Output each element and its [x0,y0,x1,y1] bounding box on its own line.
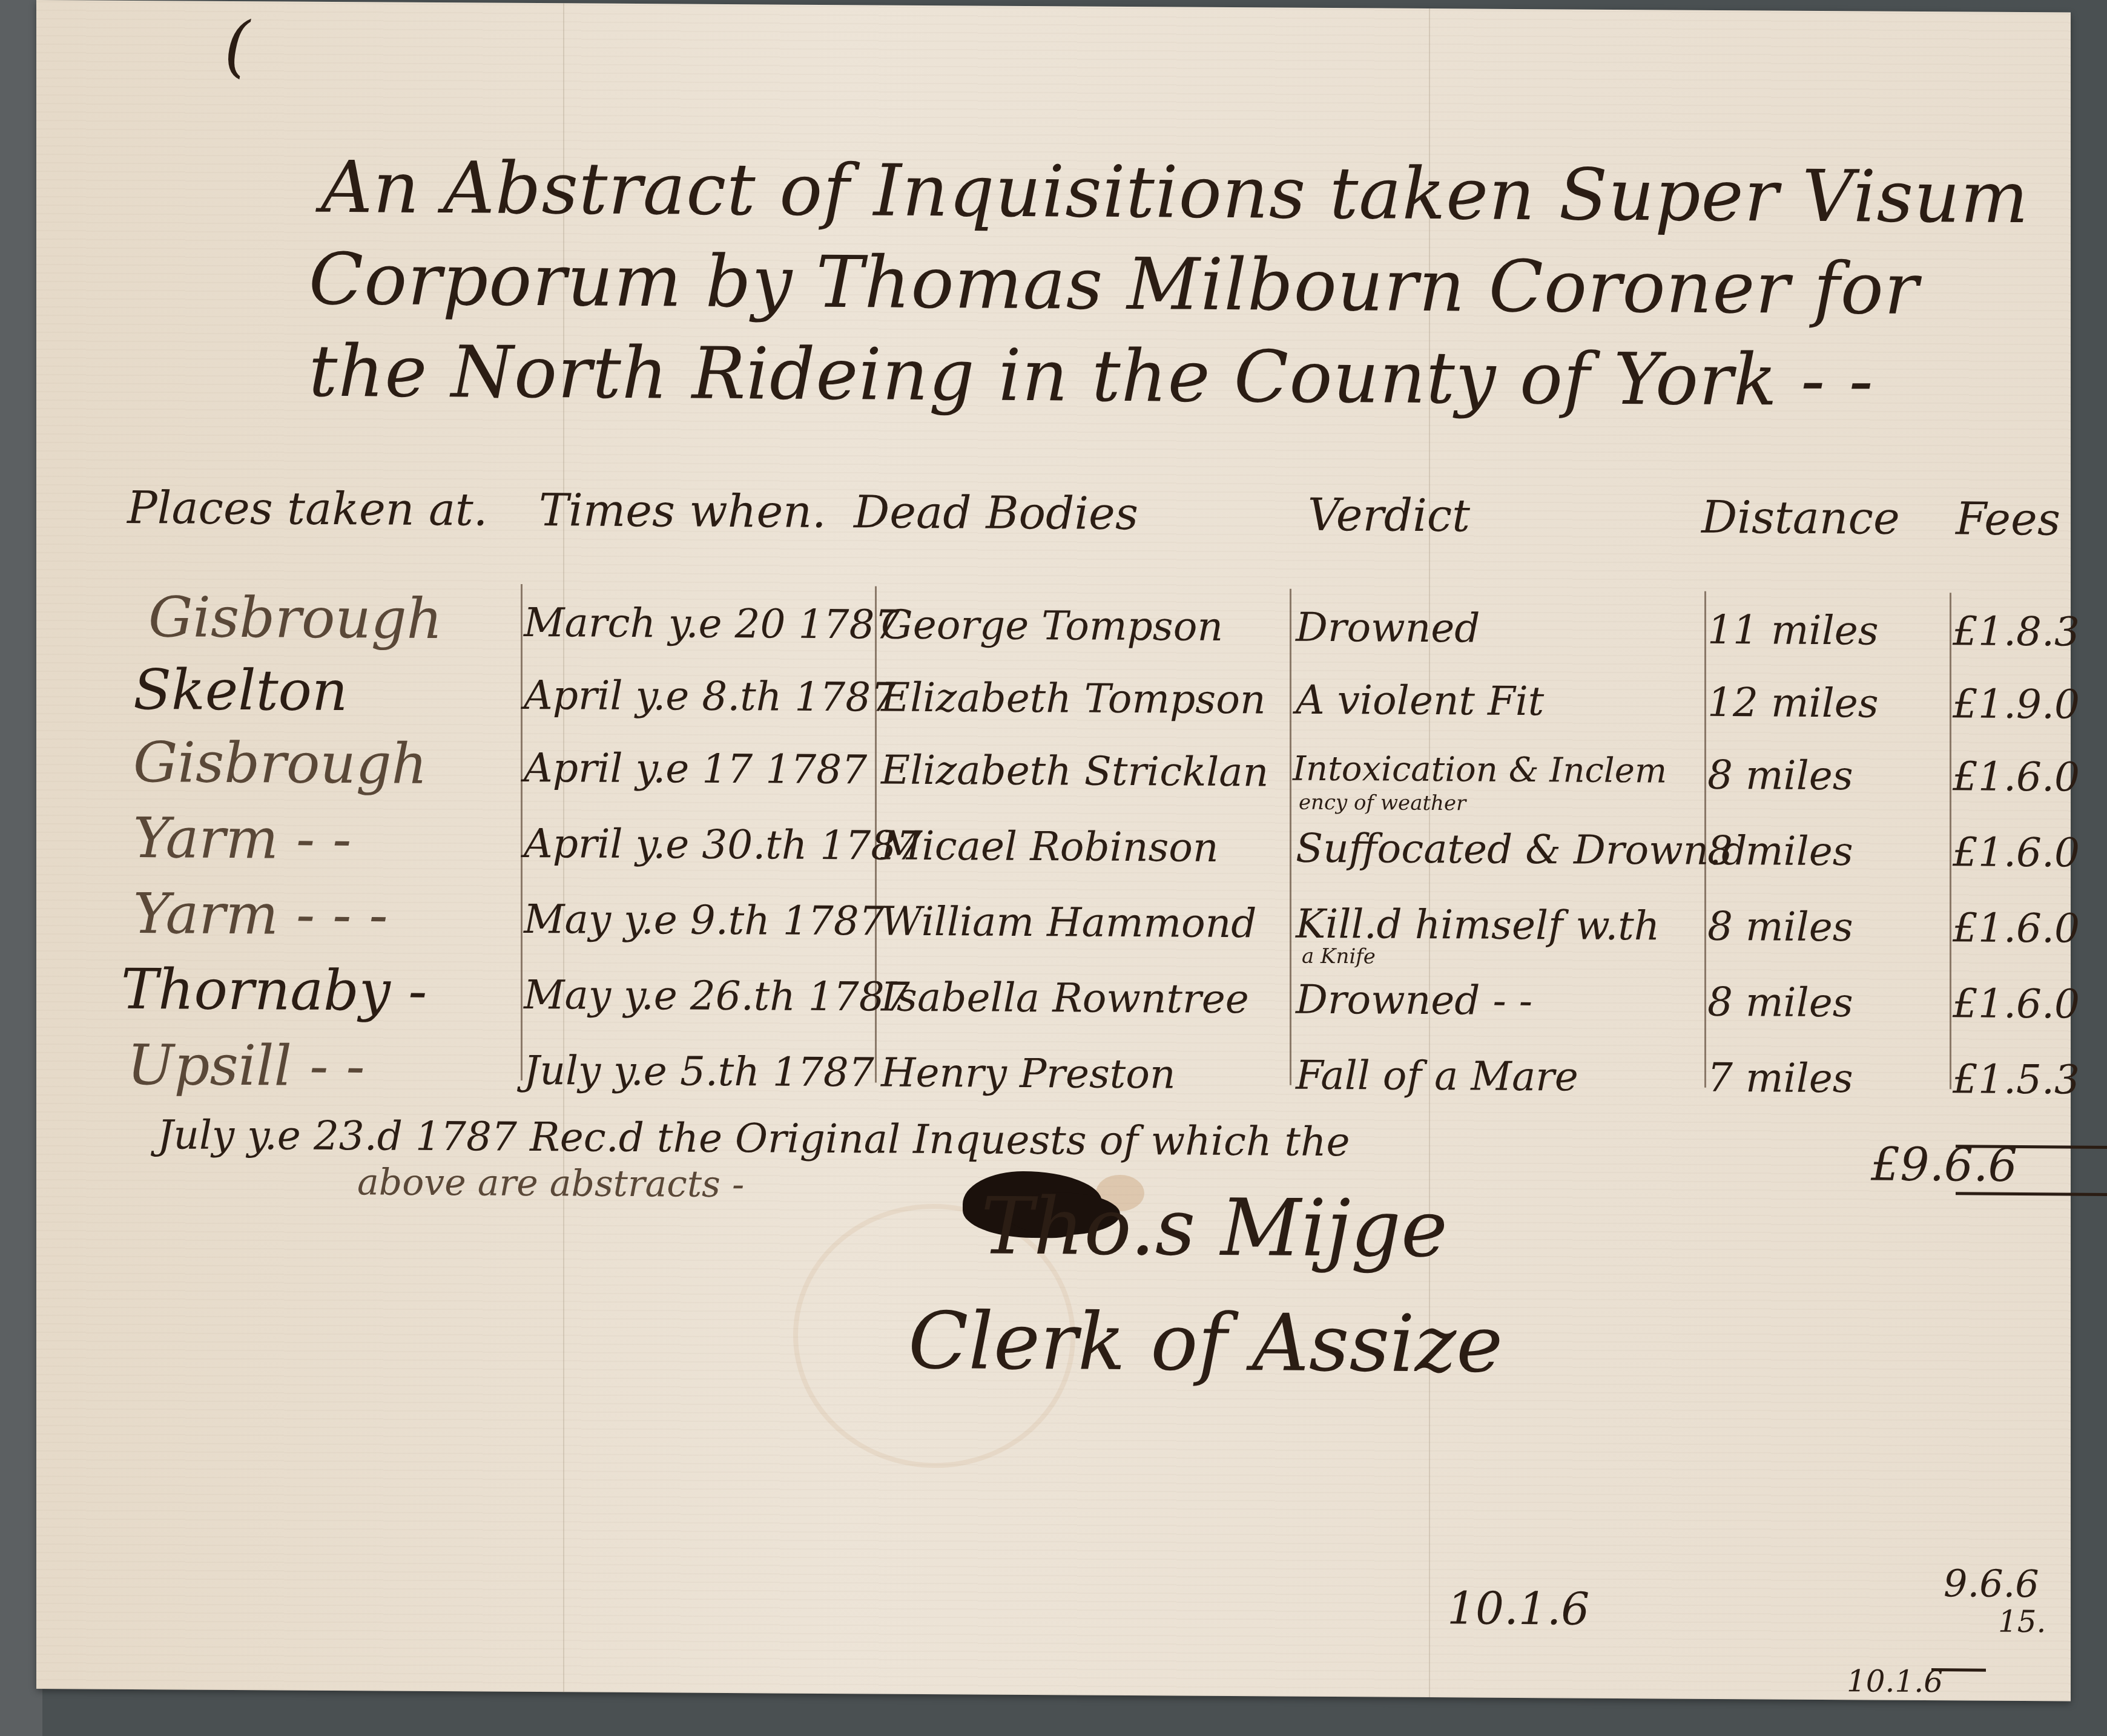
table-row: Yarm - - April y.e 30.th 1787 Micael Rob… [36,805,2107,890]
clerk-signature: Tho.s Mijge [981,1180,1448,1275]
header-verdict: Verdict [1308,489,1470,542]
header-bodies: Dead Bodies [854,486,1138,540]
distance-cell: 8 miles [1707,903,1853,950]
body-cell: Henry Preston [881,1050,1176,1098]
header-places: Places taken at. [127,482,487,536]
receipt-note-line-2: above are abstracts - [357,1161,744,1206]
document-title: An Abstract of Inquisitions taken Super … [321,141,2107,428]
date-cell: April y.e 30.th 1787 [524,820,922,869]
place-cell: Skelton [133,657,348,723]
date-cell: May y.e 26.th 1787 [524,972,910,1021]
fee-cell: £1.9.0 [1953,680,2080,728]
table-row: Thornaby - May y.e 26.th 1787 Isabella R… [36,956,2107,1042]
place-cell: Yarm - - - [133,881,388,948]
body-cell: Isabella Rowntree [881,974,1249,1023]
title-line-3: the North Rideing in the County of York … [309,325,2107,428]
fee-cell: £1.6.0 [1953,753,2080,800]
title-line-1: An Abstract of Inquisitions taken Super … [321,141,2107,244]
body-cell: William Hammond [881,898,1257,947]
body-cell: George Tompson [881,602,1223,650]
date-cell: July y.e 5.th 1787 [524,1047,874,1096]
place-cell: Yarm - - [133,806,351,872]
calculation-left-sum: 10.1.6 [1447,1582,1589,1635]
fee-cell: £1.6.0 [1953,829,2080,876]
verdict-cell: Intoxication & Inclem [1293,749,1667,791]
place-cell: Gisbrough [133,730,427,797]
place-cell: Upsill - - [127,1033,365,1099]
distance-cell: 8 miles [1707,979,1853,1026]
header-distance: Distance [1701,492,1900,545]
verdict-cell: Kill.d himself w.th [1296,901,1660,950]
date-cell: May y.e 9.th 1787 [524,896,885,945]
clerk-title: Clerk of Assize [908,1295,1503,1390]
distance-cell: 12 miles [1707,679,1879,727]
distance-cell: 11 miles [1707,607,1879,654]
verdict-continuation: ency of weather [1299,791,1466,816]
body-cell: Elizabeth Tompson [881,674,1265,723]
place-cell: Thornaby - [121,957,427,1024]
fee-cell: £1.5.3 [1953,1056,2080,1103]
calculation-right-bottom: 10.1.6 [1847,1663,1943,1699]
verdict-cell: A violent Fit [1296,677,1544,725]
body-cell: Elizabeth Stricklan [881,747,1268,796]
title-line-2: Corporum by Thomas Milbourn Coroner for [309,233,2107,336]
date-cell: April y.e 17 1787 [524,745,867,793]
calculation-right-top: 9.6.6 [1944,1561,2039,1606]
calculation-right-mid: 15. [1998,1604,2046,1639]
header-times: Times when. [539,484,826,538]
distance-cell: 8 miles [1707,752,1853,799]
distance-cell: 8 miles [1707,827,1853,875]
verdict-cell: Drowned [1296,604,1480,652]
table-row: Skelton April y.e 8.th 1787 Elizabeth To… [36,657,2107,742]
verdict-cell: Fall of a Mare [1296,1052,1578,1100]
header-fees: Fees [1956,493,2060,545]
table-row: Gisbrough April y.e 17 1787 Elizabeth St… [36,729,2107,815]
verdict-cell: Suffocated & Drown.d [1296,825,1747,875]
table-row: Gisbrough March y.e 20 1787 George Tomps… [36,584,2107,669]
fee-cell: £1.6.0 [1953,980,2080,1027]
table-row: Upsill - - July y.e 5.th 1787 Henry Pres… [36,1032,2107,1117]
place-cell: Gisbrough [148,585,443,651]
body-cell: Micael Robinson [881,823,1219,871]
corner-bracket-mark: ( [224,7,250,85]
fee-cell: £1.6.0 [1953,904,2080,952]
distance-cell: 7 miles [1707,1054,1853,1102]
date-cell: March y.e 20 1787 [524,599,900,648]
date-cell: April y.e 8.th 1787 [524,672,896,721]
verdict-cell: Drowned - - [1296,976,1532,1024]
total-fees: £9.6.6 [1871,1137,2017,1192]
table-row: Yarm - - - May y.e 9.th 1787 William Ham… [36,881,2107,966]
fee-cell: £1.8.3 [1953,608,2080,655]
manuscript-page: ( An Abstract of Inquisitions taken Supe… [36,0,2071,1701]
total-rule-bottom [1956,1192,2107,1196]
receipt-note-line-1: July y.e 23.d 1787 Rec.d the Original In… [157,1111,1350,1165]
